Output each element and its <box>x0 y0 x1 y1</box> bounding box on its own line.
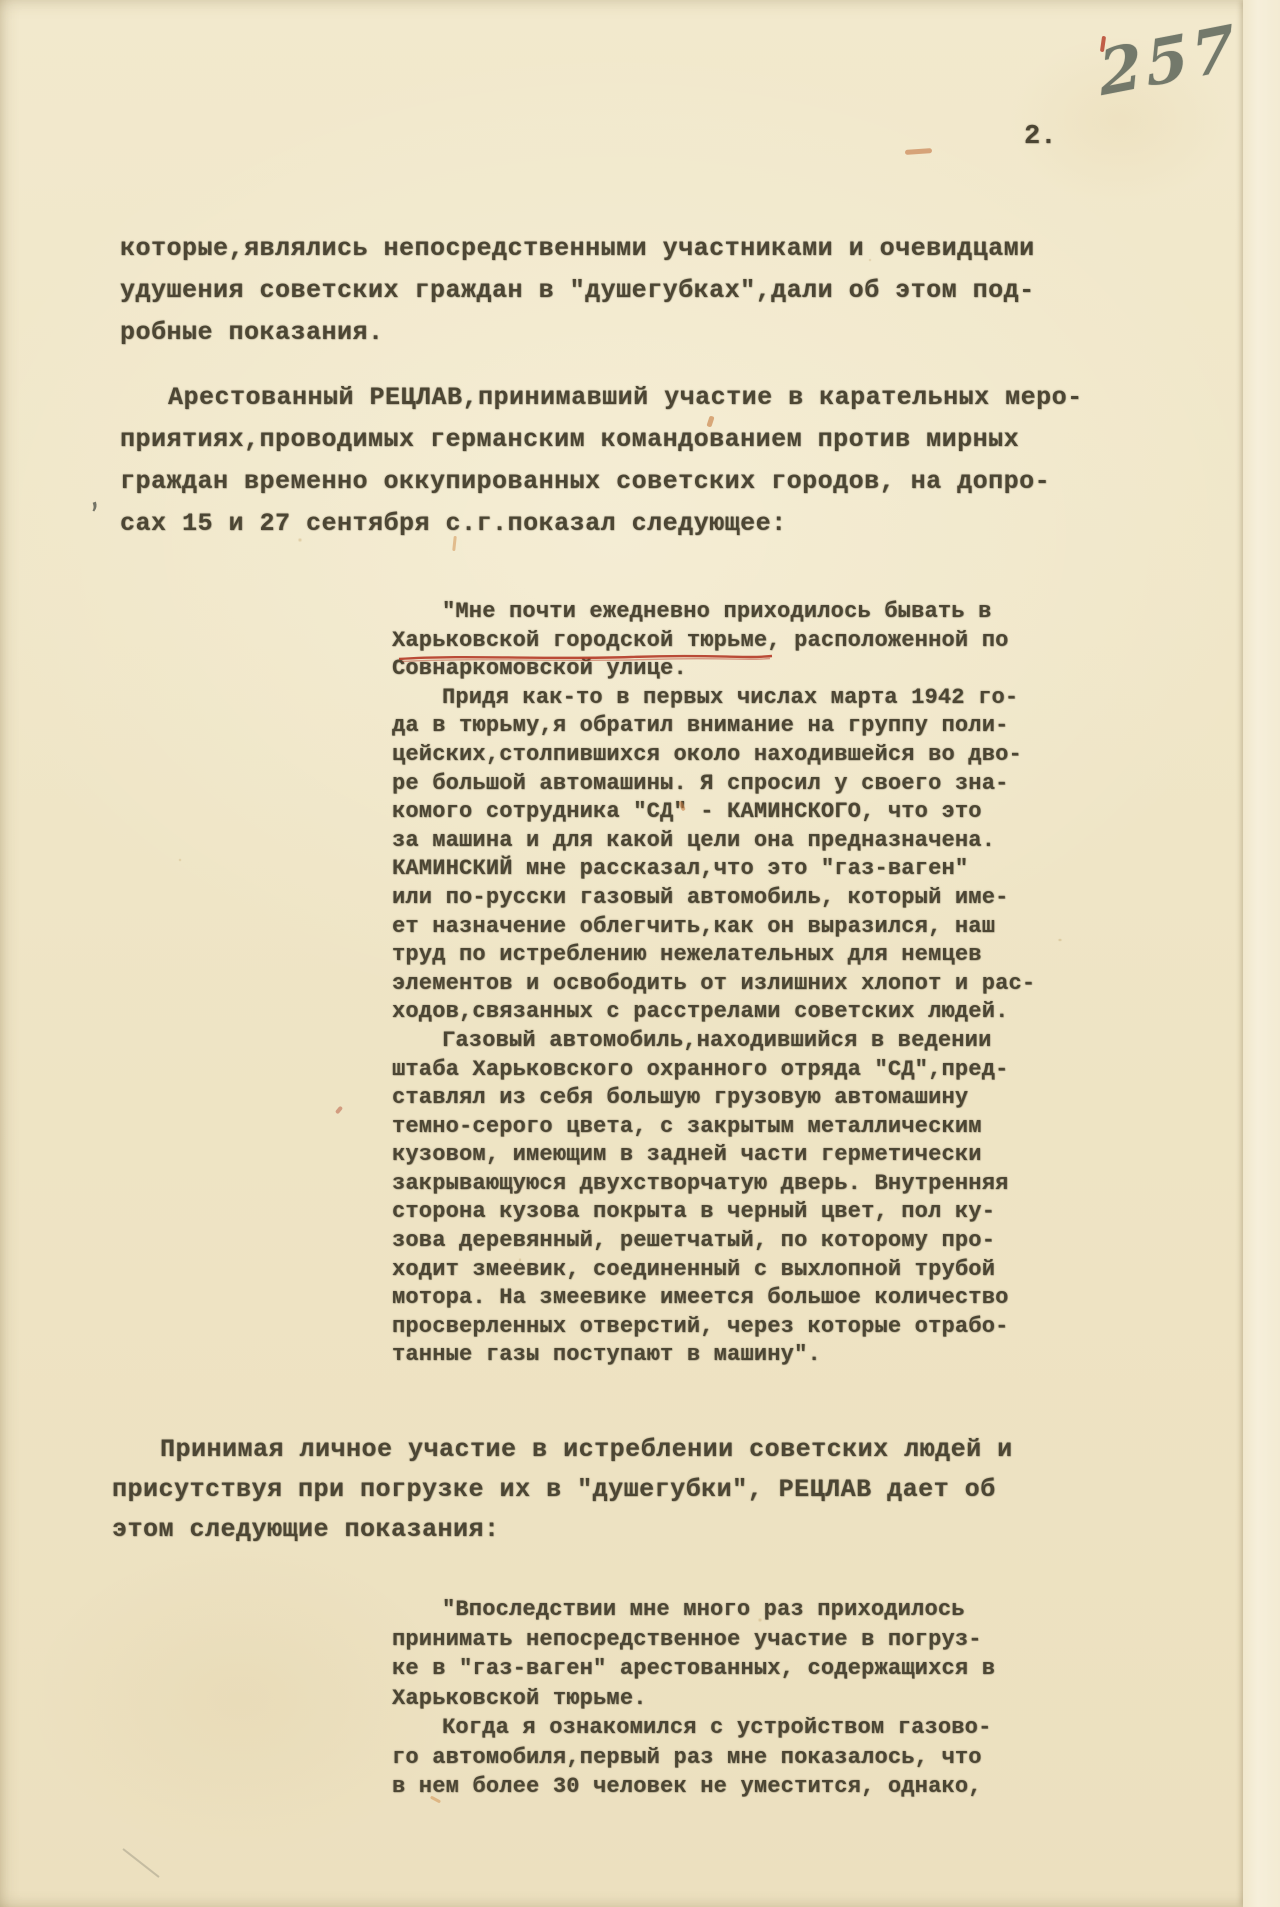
page-edge <box>1243 0 1280 1907</box>
text-line: Арестованный РЕЦЛАВ,принимавший участие … <box>120 377 1083 419</box>
paragraph-intro: которые,являлись непосредственными участ… <box>120 228 1035 354</box>
text-line: которые,являлись непосредственными участ… <box>120 228 1035 270</box>
text-line: граждан временно оккупированных советски… <box>120 461 1083 503</box>
text-line: комого сотрудника "СД" - КАМИНСКОГО, что… <box>392 798 1035 827</box>
text-line: или по-русски газовый автомобиль, которы… <box>392 884 1035 913</box>
pencil-crease-mark <box>122 1848 159 1878</box>
paragraph-retslaw: Арестованный РЕЦЛАВ,принимавший участие … <box>120 377 1083 545</box>
text-line: сах 15 и 27 сентября с.г.показал следующ… <box>120 503 1083 545</box>
text-line: го автомобиля,первый раз мне показалось,… <box>392 1743 995 1773</box>
text-line: приятиях,проводимых германским командова… <box>120 419 1083 461</box>
testimony-quote-1: "Мне почти ежедневно приходилось бывать … <box>392 598 1035 1370</box>
paper-stain <box>905 148 932 155</box>
paper-fleck <box>335 1106 343 1115</box>
handwritten-page-number: 257 <box>1096 7 1259 111</box>
text-line: темно-серого цвета, с закрытым металличе… <box>392 1113 1035 1142</box>
paragraph-loading: Принимая личное участие в истреблении со… <box>112 1430 1013 1550</box>
text-line: цейских,столпившихся около находившейся … <box>392 741 1035 770</box>
text-line: присутствуя при погрузке их в "душегубки… <box>112 1470 1013 1510</box>
text-line: элементов и освободить от излишних хлопо… <box>392 970 1035 999</box>
text-line: Когда я ознакомился с устройством газово… <box>392 1713 995 1743</box>
text-line: ке в "газ-ваген" арестованных, содержащи… <box>392 1654 995 1684</box>
text-line: да в тюрьму,я обратил внимание на группу… <box>392 712 1035 741</box>
text-line: удушения советских граждан в "душегубках… <box>120 270 1035 312</box>
text-line: "Впоследствии мне много раз приходилось <box>392 1595 995 1625</box>
text-line: принимать непосредственное участие в пог… <box>392 1625 995 1655</box>
text-line: Принимая личное участие в истреблении со… <box>112 1430 1013 1470</box>
text-line: ходов,связанных с расстрелами советских … <box>392 998 1035 1027</box>
text-line: танные газы поступают в машину". <box>392 1341 1035 1370</box>
text-line: за машина и для какой цели она предназна… <box>392 827 1035 856</box>
text-line: штаба Харьковского охранного отряда "СД"… <box>392 1056 1035 1085</box>
text-line: просверленных отверстий, через которые о… <box>392 1313 1035 1342</box>
text-line: в нем более 30 человек не уместится, одн… <box>392 1772 995 1802</box>
text-line: этом следующие показания: <box>112 1510 1013 1550</box>
text-line: Придя как-то в первых числах марта 1942 … <box>392 684 1035 713</box>
text-line: ходит змеевик, соединенный с выхлопной т… <box>392 1256 1035 1285</box>
text-line: кузовом, имеющим в задней части герметич… <box>392 1141 1035 1170</box>
text-line: КАМИНСКИЙ мне рассказал,что это "газ-ваг… <box>392 855 1035 884</box>
text-line: Харьковской тюрьме. <box>392 1684 995 1714</box>
text-line: зова деревянный, решетчатый, по которому… <box>392 1227 1035 1256</box>
testimony-quote-2: "Впоследствии мне много раз приходилось … <box>392 1595 995 1802</box>
text-line: "Мне почти ежедневно приходилось бывать … <box>392 598 1035 627</box>
text-line: ет назначение облегчить,как он выразился… <box>392 913 1035 942</box>
text-line: сторона кузова покрыта в черный цвет, по… <box>392 1198 1035 1227</box>
pencil-mark: ’ <box>86 495 110 538</box>
text-line: робные показания. <box>120 312 1035 354</box>
text-line: закрывающуюся двухстворчатую дверь. Внут… <box>392 1170 1035 1199</box>
red-underline <box>396 650 776 666</box>
text-line: труд по истреблению нежелательных для не… <box>392 941 1035 970</box>
typed-page-number: 2. <box>1024 122 1056 152</box>
text-line: ставлял из себя большую грузовую автомаш… <box>392 1084 1035 1113</box>
text-line: Газовый автомобиль,находившийся в ведени… <box>392 1027 1035 1056</box>
text-line: ре большой автомашины. Я спросил у своег… <box>392 770 1035 799</box>
text-line: мотора. На змеевике имеется большое коли… <box>392 1284 1035 1313</box>
